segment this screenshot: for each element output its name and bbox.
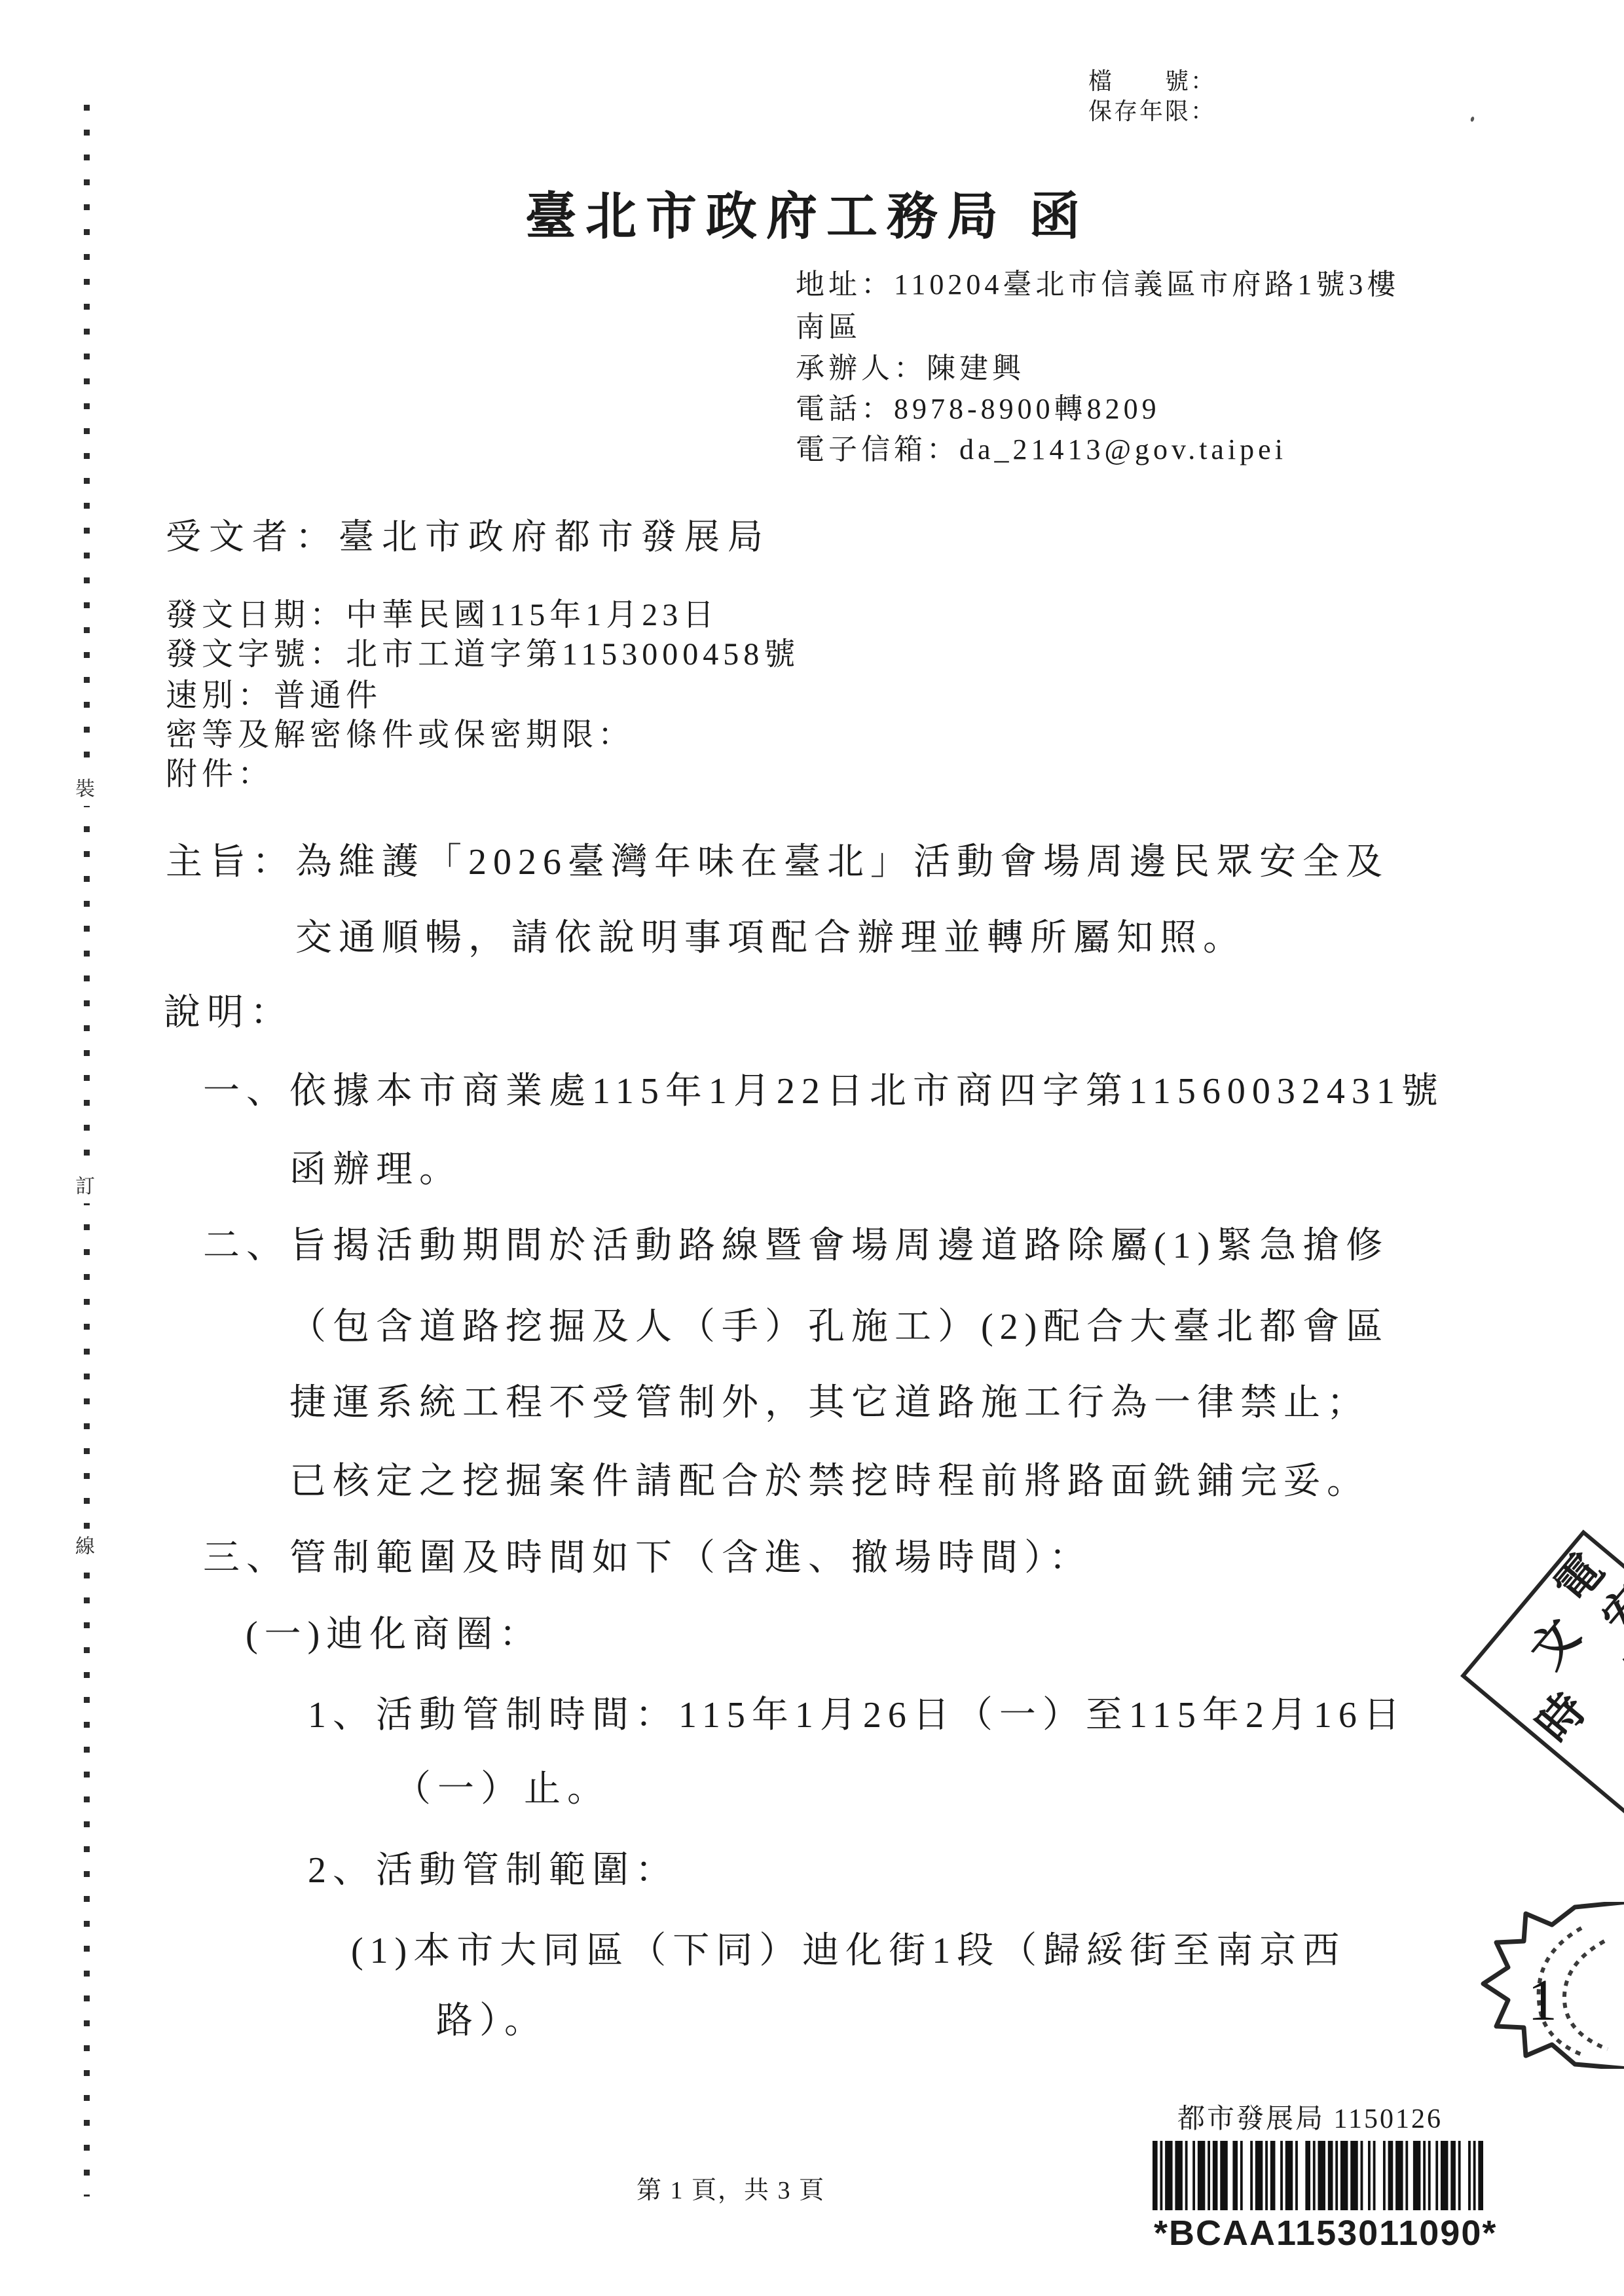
issue-date-line: 發文日期：中華民國115年1月23日 xyxy=(166,600,718,631)
contact-person: 承辦人：陳建興 xyxy=(796,354,1025,383)
contact-address-line2: 南區 xyxy=(796,313,861,342)
binding-char-zhuang: 裝 xyxy=(64,773,106,806)
body-line: 三、管制範圍及時間如下（含進、撤場時間）： xyxy=(203,1540,1092,1576)
body-line: 2、活動管制範圍： xyxy=(308,1852,678,1889)
body-line: 交通順暢，請依說明事項配合辦理並轉所屬知照。 xyxy=(295,920,1246,957)
body-line: 路）。 xyxy=(436,2003,547,2039)
barcode-svg xyxy=(1153,2141,1483,2210)
body-line: 1、活動管制時間：115年1月26日（一）至115年2月16日 xyxy=(308,1697,1407,1734)
star-seal-stamp: 1 xyxy=(1477,1902,1624,2069)
exchange-stamp: 電 文 時 安 縫 xyxy=(1460,1529,1624,1824)
body-line: 一、依據本市商業處115年1月22日北市商四字第11560032431號 xyxy=(203,1073,1445,1110)
file-number-label: 檔 號： xyxy=(1088,69,1216,93)
recipient-line: 受文者：臺北市政府都市發展局 xyxy=(166,519,771,555)
exchange-stamp-char: 時 xyxy=(1530,1686,1595,1751)
contact-address-line1: 地址：110204臺北市信義區市府路1號3樓 xyxy=(796,270,1399,299)
body-line: (1)本市大同區（下同）迪化街1段（歸綏街至南京西 xyxy=(351,1933,1346,1969)
barcode-text: *BCAA1153011090* xyxy=(1154,2215,1497,2251)
body-line: 捷運系統工程不受管制外，其它道路施工行為一律禁止； xyxy=(289,1385,1370,1421)
doc-number-line: 發文字號：北市工道字第1153000458號 xyxy=(166,639,800,670)
body-line: (一)迪化商圈： xyxy=(246,1616,542,1653)
retention-period-label: 保存年限： xyxy=(1088,100,1216,123)
body-line: 說明： xyxy=(164,994,293,1031)
star-seal-number: 1 xyxy=(1528,1968,1557,2033)
contact-phone: 電話：8978-8900轉8209 xyxy=(796,395,1160,424)
document-title: 臺北市政府工務局 函 xyxy=(525,191,1090,242)
exchange-stamp-char: 文 xyxy=(1524,1612,1589,1677)
body-line: 函辦理。 xyxy=(289,1152,462,1188)
body-line: （包含道路挖掘及人（手）孔施工）(2)配合大臺北都會區 xyxy=(289,1309,1389,1345)
binding-dotted-line xyxy=(84,105,90,2196)
attachment-line: 附件： xyxy=(166,759,274,790)
body-line: 已核定之挖掘案件請配合於禁挖時程前將路面銑鋪完妥。 xyxy=(289,1463,1370,1500)
exchange-stamp-char: 縫 xyxy=(1619,1631,1624,1696)
speed-line: 速別：普通件 xyxy=(166,680,382,712)
contact-email: 電子信箱：da_21413@gov.taipei xyxy=(796,435,1287,464)
body-line: （一）止。 xyxy=(394,1771,610,1808)
binding-char-ding: 訂 xyxy=(64,1171,106,1203)
body-line: 二、旨揭活動期間於活動路線暨會場周邊道路除屬(1)緊急搶修 xyxy=(203,1228,1389,1264)
security-line: 密等及解密條件或保密期限： xyxy=(166,720,634,751)
dept-reference: 都市發展局 1150126 xyxy=(1177,2105,1443,2133)
binding-char-xian: 線 xyxy=(64,1531,106,1563)
page-number: 第 1 頁，共 3 頁 xyxy=(637,2178,825,2203)
body-line: 主旨：為維護「2026臺灣年味在臺北」活動會場周邊民眾安全及 xyxy=(166,844,1389,881)
scan-speck xyxy=(1470,116,1475,122)
document-page: 裝 訂 線 檔 號： 保存年限： 臺北市政府工務局 函 地址：110204臺北市… xyxy=(0,0,1624,2296)
